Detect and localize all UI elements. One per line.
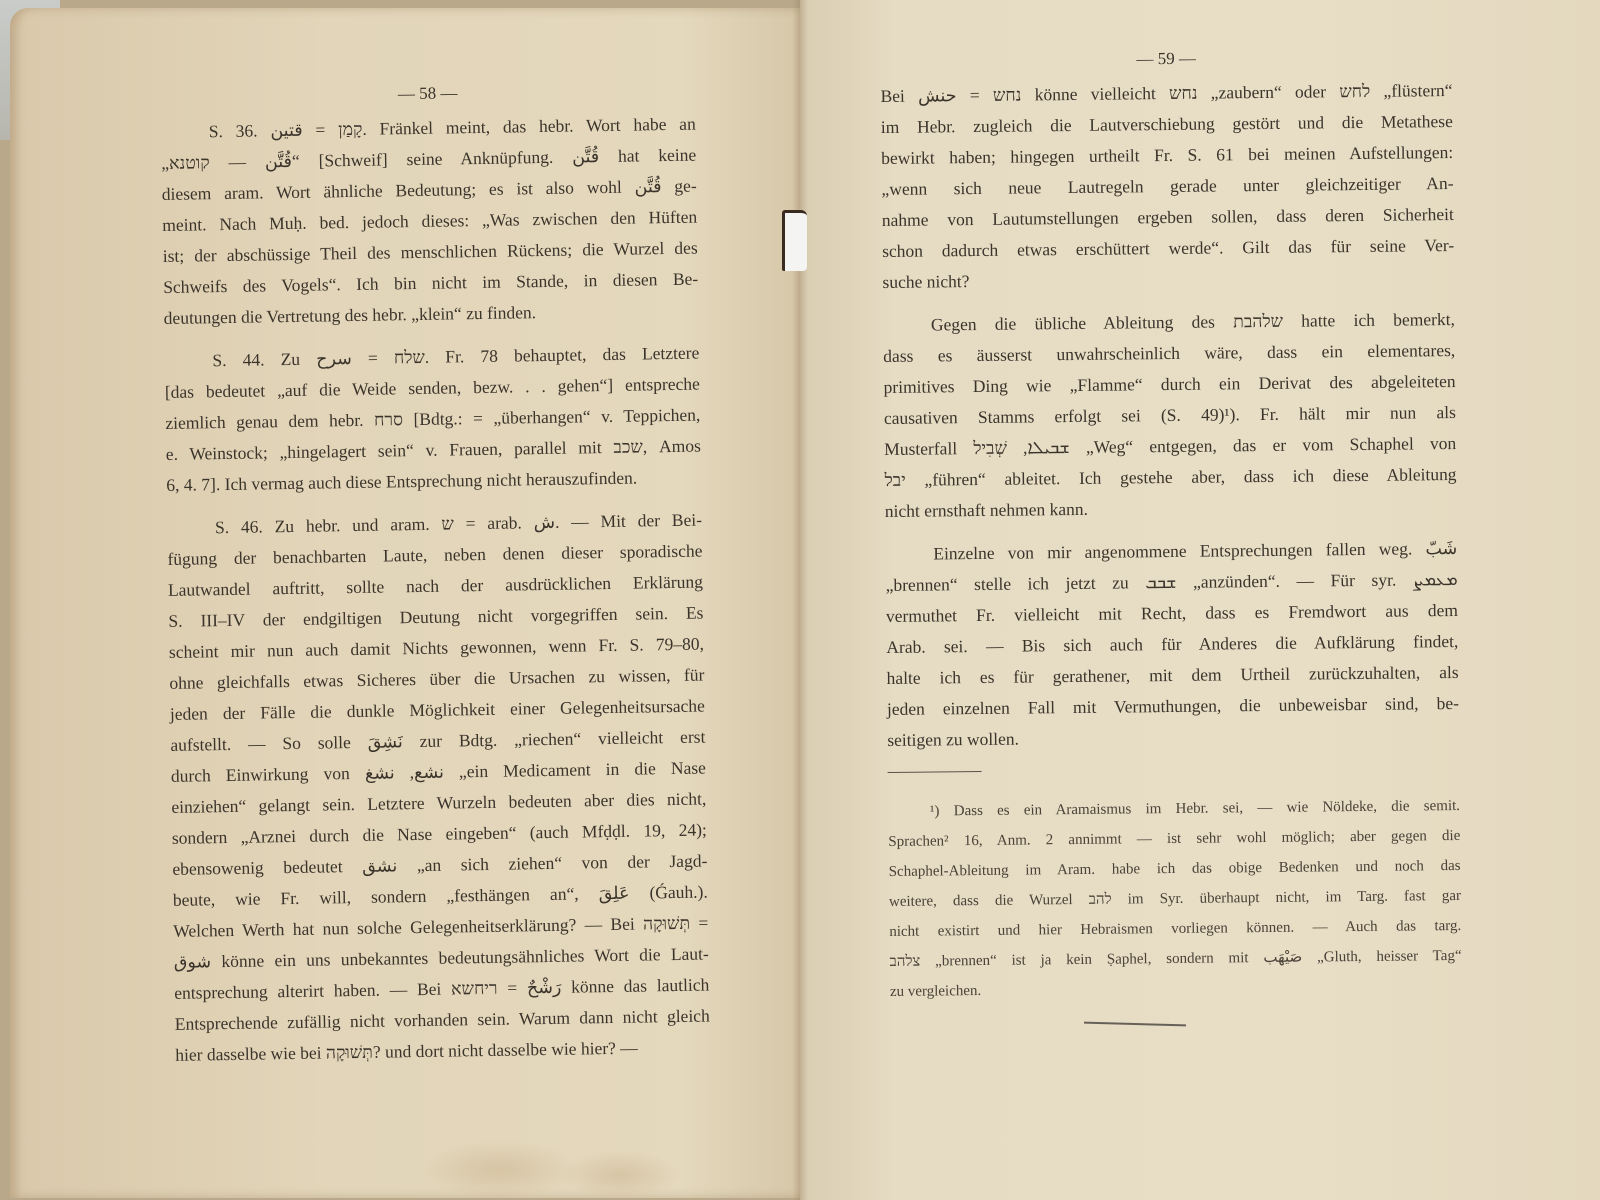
footnote-line: zu vergleichen. — [890, 971, 1462, 1007]
text-line: nicht ernsthaft nehmen kann. — [885, 490, 1457, 527]
footnote-line: צלהב „brennen“ ist ja kein Ṣaphel, sonde… — [889, 941, 1461, 977]
paragraph-s46: S. 46. Zu hebr. und aram. ש = arab. ش. —… — [167, 505, 711, 1071]
text-line: יבל „führen“ ableitet. Ich gestehe aber,… — [884, 459, 1456, 496]
paragraph-entsprechungen: Einzelne von mir angenommene Entsprechun… — [885, 533, 1459, 756]
paragraph-s36: S. 36. קָמַן = قتين. Fränkel meint, das … — [161, 109, 699, 334]
paragraph-s44: S. 44. Zu שלח = سرح. Fr. 78 behauptet, d… — [164, 338, 701, 501]
text-line: schon dadurch etwas erschüttert werde“. … — [882, 230, 1454, 267]
spine-tear-hole — [782, 210, 807, 271]
footnote: ¹) Dass es ein Aramaismus im Hebr. sei, … — [888, 791, 1462, 1007]
left-page-text: — 58 — S. 36. קָמַן = قتين. Fränkel mein… — [160, 74, 711, 1083]
footnote-separator — [888, 771, 982, 773]
text-line: jeden einzelnen Fall mit Vermuthungen, d… — [887, 688, 1459, 725]
paper-stain — [560, 1150, 680, 1200]
page-number-right: — 59 — — [880, 40, 1452, 77]
paragraph-continuation: Bei נחש = حنش könne vielleicht נחש „zaub… — [880, 75, 1454, 298]
paper-stain — [420, 1140, 580, 1200]
text-line: suche nicht? — [882, 261, 1454, 298]
book-gutter — [792, 0, 808, 1200]
right-page-text: — 59 — Bei נחש = حنش könne vielleicht נח… — [880, 40, 1462, 1007]
paragraph-flamme: Gegen die übliche Ableitung des שלהבת ha… — [883, 304, 1457, 527]
text-line: seitigen zu wollen. — [887, 719, 1459, 756]
